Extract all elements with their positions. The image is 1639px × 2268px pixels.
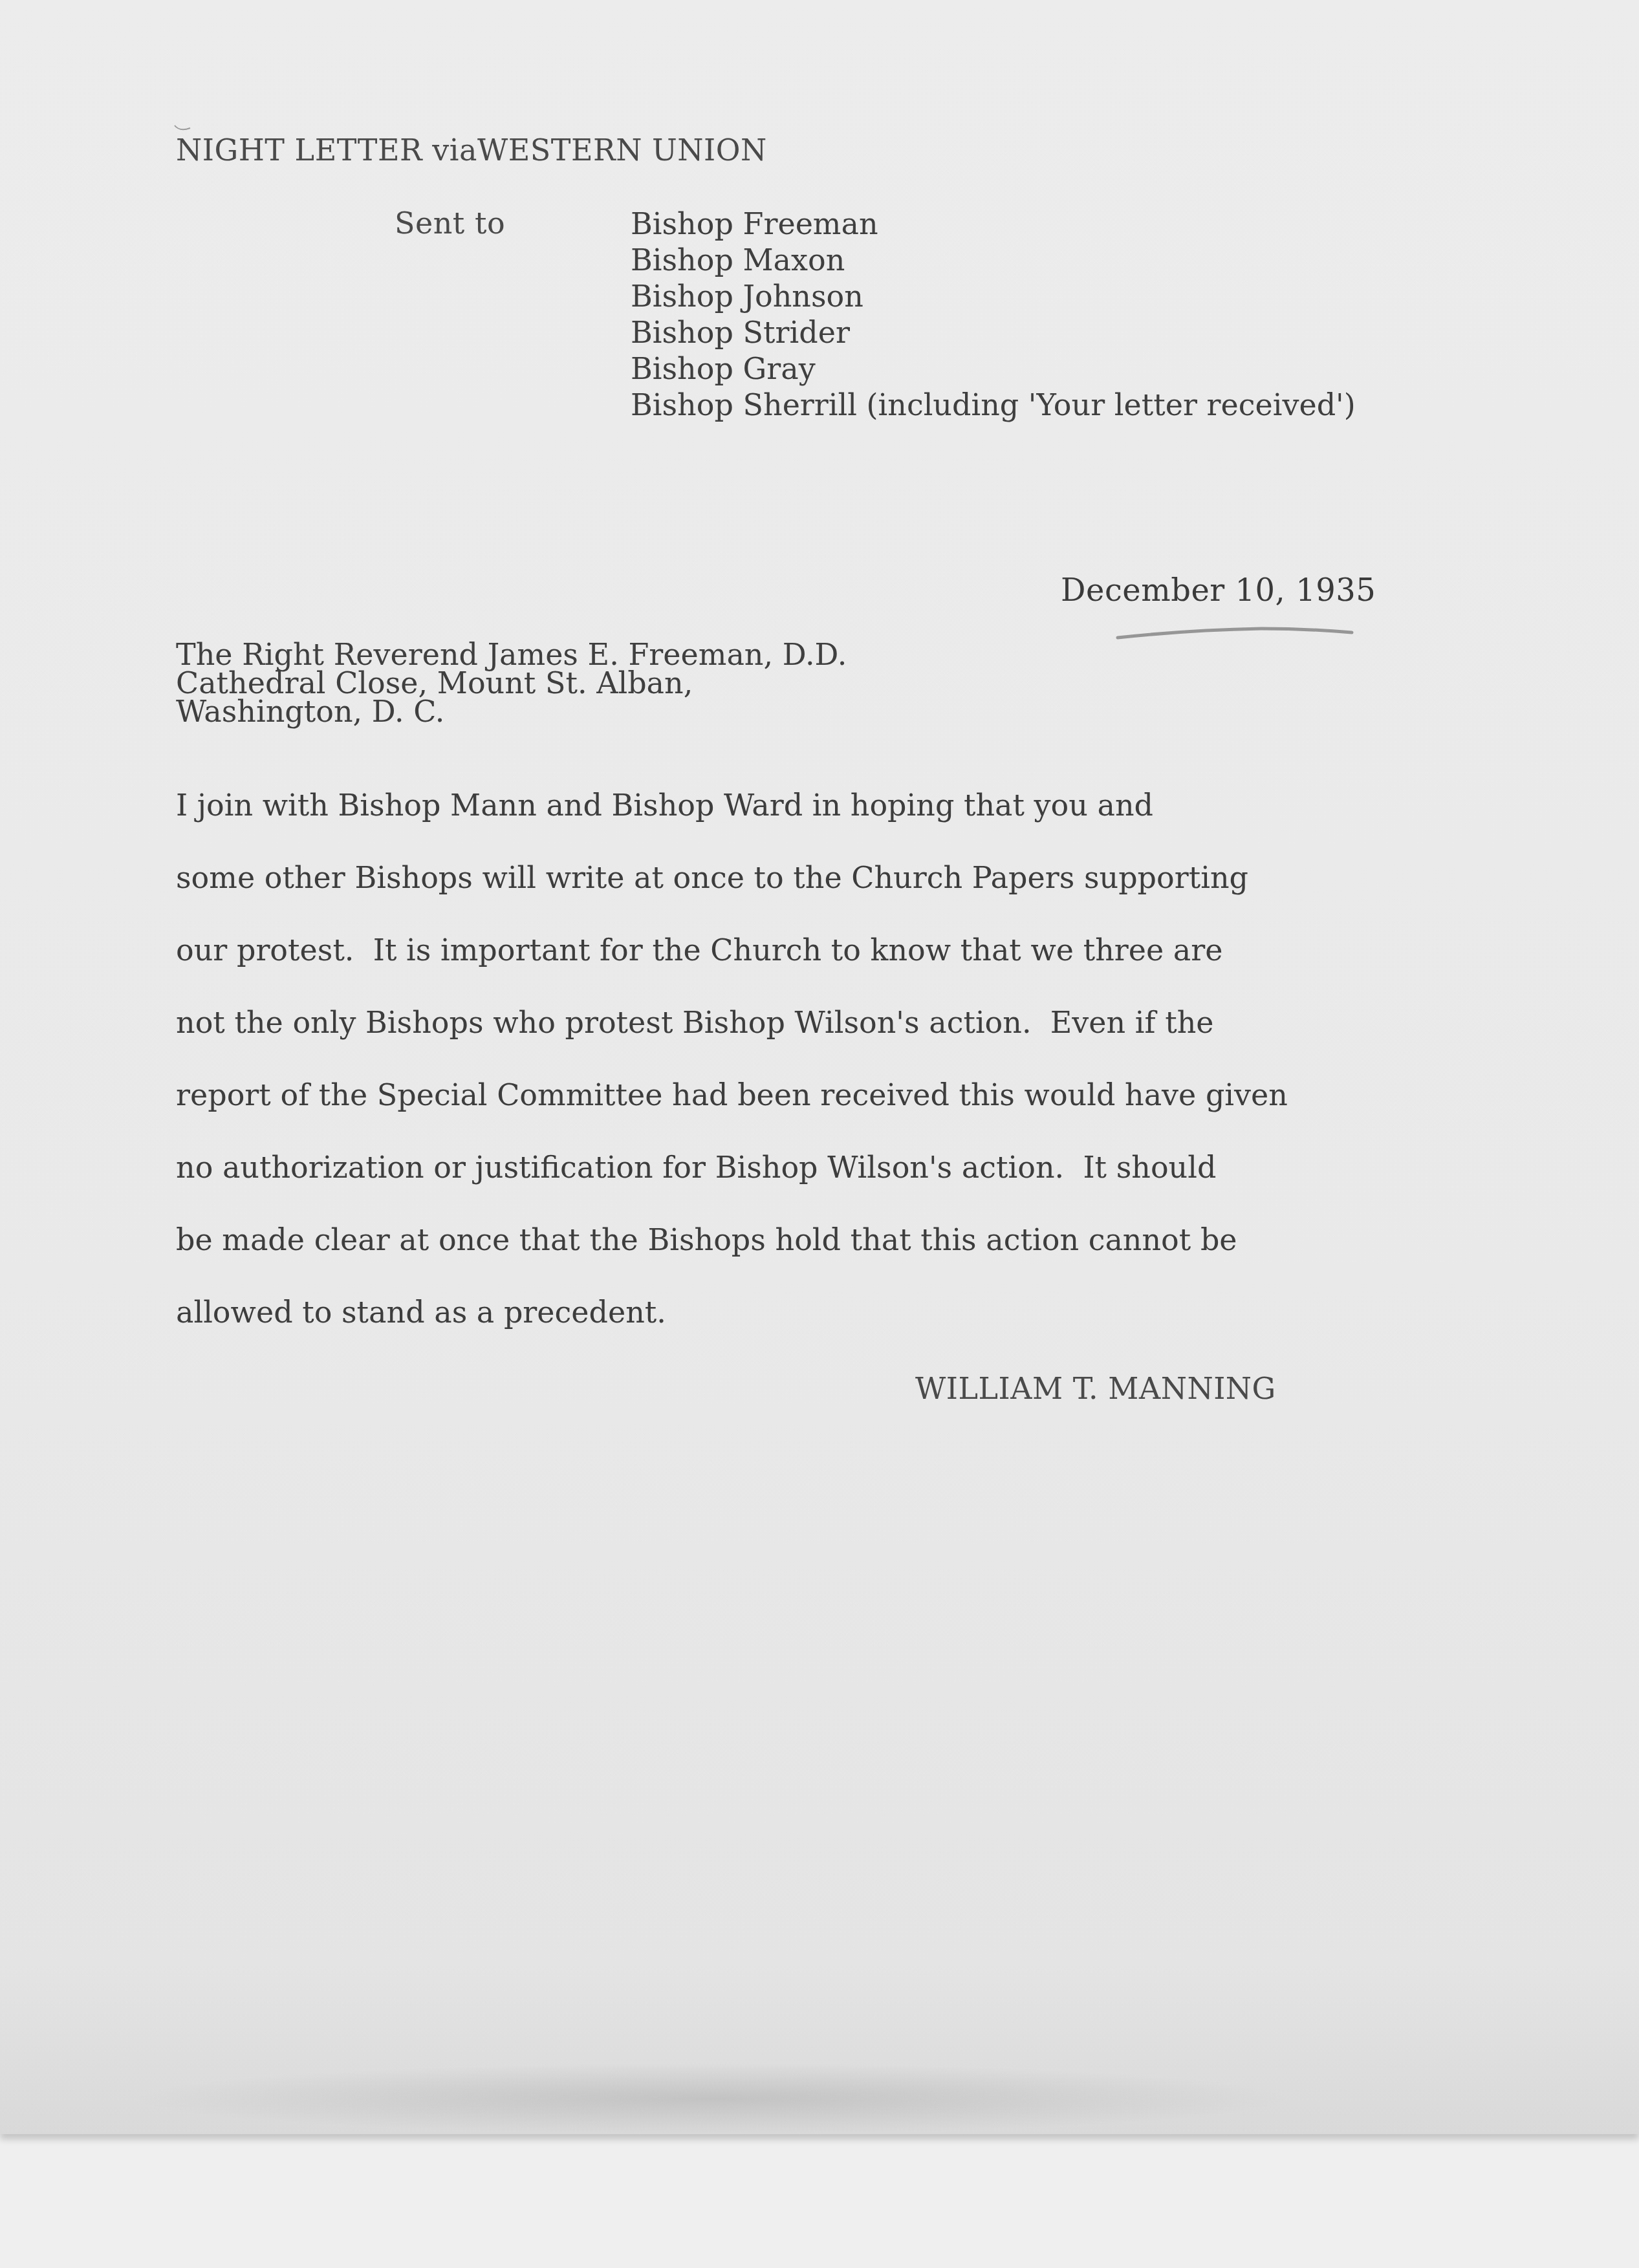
addressee-line: The Right Reverend James E. Freeman, D.D… bbox=[176, 640, 847, 669]
body-line: report of the Special Committee had been… bbox=[176, 1075, 1288, 1148]
body-line: some other Bishops will write at once to… bbox=[176, 858, 1288, 931]
recipient-item: Bishop Strider bbox=[631, 314, 1356, 351]
body-line: not the only Bishops who protest Bishop … bbox=[176, 1003, 1288, 1075]
sent-to-label: Sent to bbox=[395, 206, 505, 241]
recipient-item: Bishop Sherrill (including 'Your letter … bbox=[631, 387, 1356, 423]
recipient-item: Bishop Freeman bbox=[631, 206, 1356, 242]
body-line: no authorization or justification for Bi… bbox=[176, 1148, 1288, 1220]
pencil-underline bbox=[1113, 626, 1358, 640]
recipient-item: Bishop Maxon bbox=[631, 242, 1356, 278]
paper-fold-shadow bbox=[129, 2063, 1294, 2134]
recipient-item: Bishop Gray bbox=[631, 351, 1356, 387]
letter-date: December 10, 1935 bbox=[1061, 572, 1376, 609]
body-line: allowed to stand as a precedent. bbox=[176, 1293, 1288, 1365]
addressee-block: The Right Reverend James E. Freeman, D.D… bbox=[176, 640, 847, 726]
recipient-item: Bishop Johnson bbox=[631, 278, 1356, 314]
letter-body: I join with Bishop Mann and Bishop Ward … bbox=[176, 786, 1288, 1365]
document-title: NIGHT LETTER viaWESTERN UNION bbox=[176, 133, 767, 167]
paper-sheet: NIGHT LETTER viaWESTERN UNION Sent to Bi… bbox=[0, 0, 1639, 2134]
body-line: I join with Bishop Mann and Bishop Ward … bbox=[176, 786, 1288, 858]
signature: WILLIAM T. MANNING bbox=[915, 1371, 1276, 1406]
body-line: be made clear at once that the Bishops h… bbox=[176, 1220, 1288, 1293]
body-line: our protest. It is important for the Chu… bbox=[176, 931, 1288, 1003]
addressee-line: Washington, D. C. bbox=[176, 697, 847, 726]
addressee-line: Cathedral Close, Mount St. Alban, bbox=[176, 669, 847, 697]
recipient-list: Bishop Freeman Bishop Maxon Bishop Johns… bbox=[631, 206, 1356, 423]
